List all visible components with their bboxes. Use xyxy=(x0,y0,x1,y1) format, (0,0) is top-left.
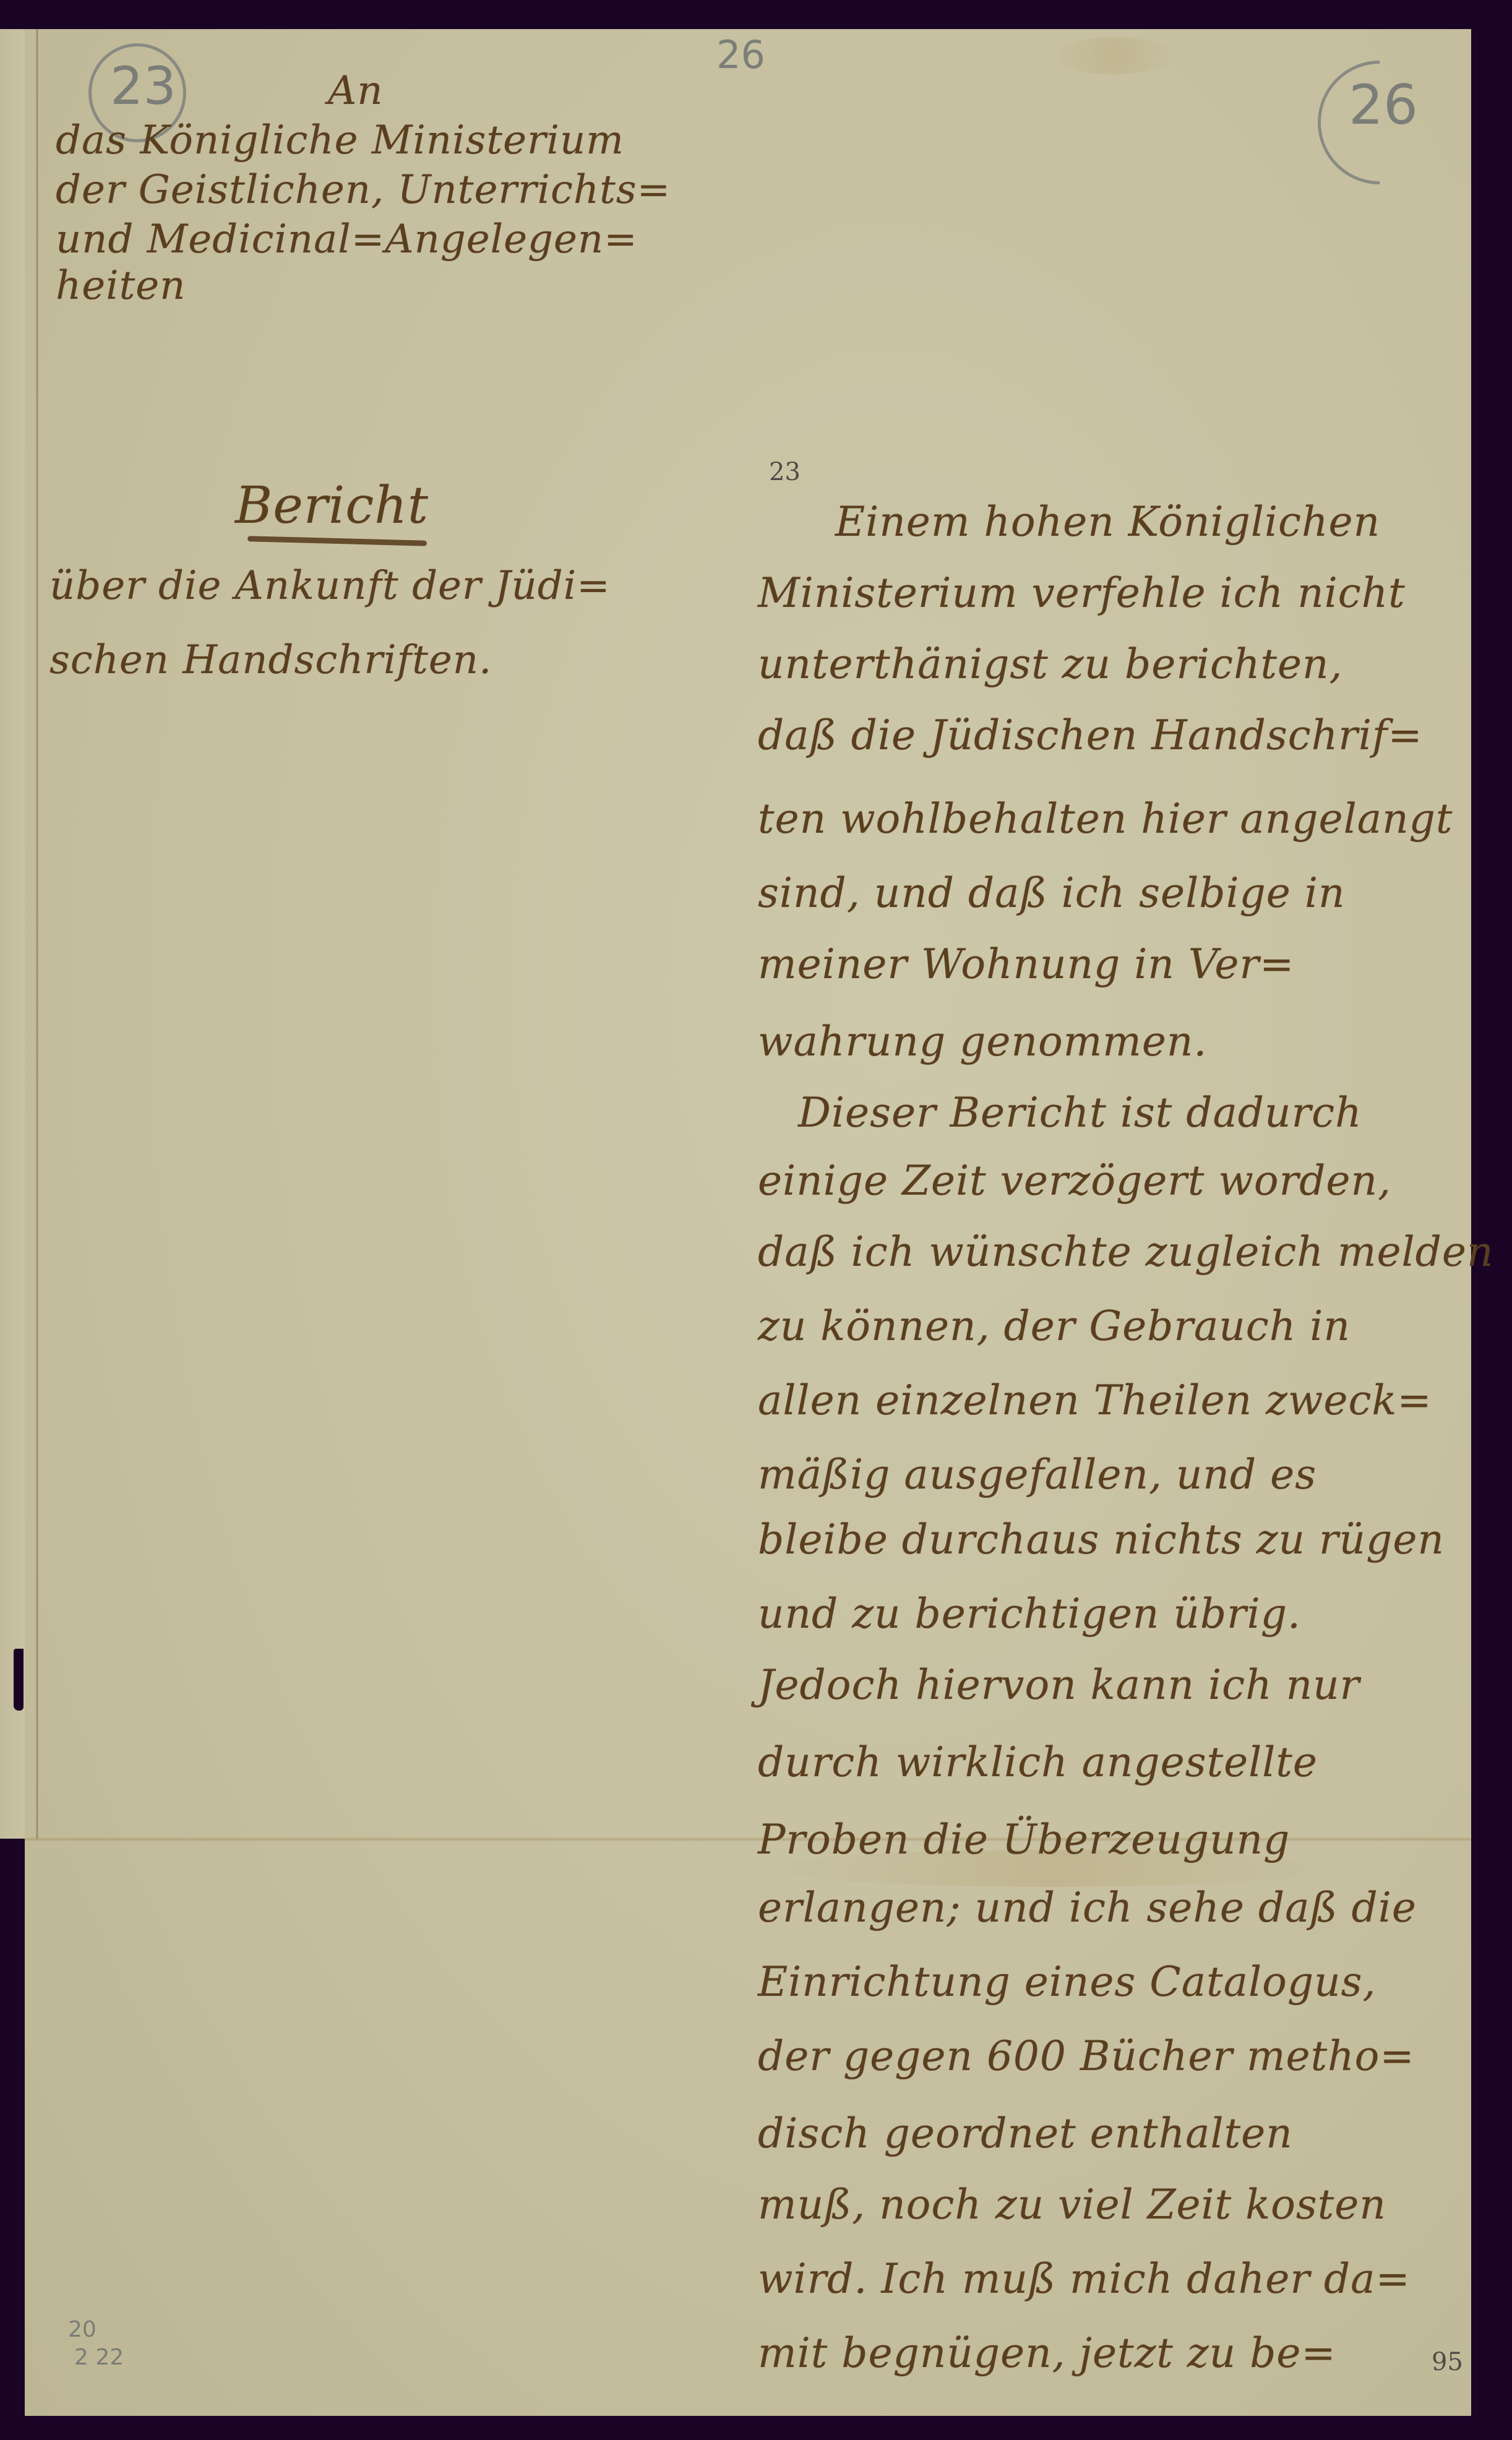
body-line: allen einzelnen Theilen zweck= xyxy=(758,1377,1432,1424)
body-line: wird. Ich muß mich daher da= xyxy=(758,2255,1411,2303)
body-line: Ministerium verfehle ich nicht xyxy=(758,569,1406,617)
body-line: disch geordnet enthalten xyxy=(758,2110,1293,2157)
body-line: durch wirklich angestellte xyxy=(758,1738,1318,1786)
body-line: sind, und daß ich selbige in xyxy=(758,869,1345,917)
subject-heading: Bericht xyxy=(235,476,429,535)
paper-stain xyxy=(1052,37,1175,74)
archive-number-top: 26 xyxy=(716,32,765,77)
pencil-note-bottom: 2 22 xyxy=(74,2345,124,2370)
folio-number: 95 xyxy=(1432,2348,1463,2376)
body-line: meiner Wohnung in Ver= xyxy=(758,940,1294,988)
address-line: heiten xyxy=(56,263,186,309)
body-line: zu können, der Gebrauch in xyxy=(758,1302,1351,1350)
body-line: daß die Jüdischen Handschrif= xyxy=(758,711,1423,759)
body-line: daß ich wünschte zugleich melden xyxy=(758,1228,1493,1276)
body-line: Einem hohen Königlichen xyxy=(835,498,1380,546)
body-line: der gegen 600 Bücher metho= xyxy=(758,2032,1415,2080)
body-line: Proben die Überzeugung xyxy=(758,1816,1290,1863)
body-line: muß, noch zu viel Zeit kosten xyxy=(758,2181,1386,2228)
body-line: bleibe durchaus nichts zu rügen xyxy=(758,1516,1445,1563)
archive-number-left: 23 xyxy=(110,56,176,116)
body-line: Einrichtung eines Catalogus, xyxy=(758,1958,1376,2006)
body-line: Jedoch hiervon kann ich nur xyxy=(758,1661,1360,1709)
body-line: mäßig ausgefallen, und es xyxy=(758,1451,1317,1498)
body-line: unterthänigst zu berichten, xyxy=(758,640,1343,688)
subject-line: schen Handschriften. xyxy=(49,637,492,683)
edge-tear xyxy=(14,1649,24,1711)
vertical-fold-crease xyxy=(36,29,38,1839)
archive-number-right: 26 xyxy=(1349,73,1418,137)
body-line: Dieser Bericht ist dadurch xyxy=(798,1089,1362,1136)
body-line: und zu berichtigen übrig. xyxy=(758,1590,1301,1638)
subject-line: über die Ankunft der Jüdi= xyxy=(49,563,611,609)
address-line: das Königliche Ministerium xyxy=(56,118,624,163)
body-line: ten wohlbehalten hier angelangt xyxy=(758,795,1453,843)
body-line: erlangen; und ich sehe daß die xyxy=(758,1884,1417,1931)
address-salutation: An xyxy=(328,68,383,114)
body-line: einige Zeit verzögert worden, xyxy=(758,1157,1391,1205)
pencil-note-top: 20 xyxy=(68,2317,97,2342)
address-line: der Geistlichen, Unterrichts= xyxy=(56,167,671,213)
body-line: mit begnügen, jetzt zu be= xyxy=(758,2329,1336,2377)
body-line: wahrung genommen. xyxy=(758,1018,1207,1065)
address-line: und Medicinal=Angelegen= xyxy=(56,217,638,262)
frame-background xyxy=(0,1839,22,2440)
binding-strip xyxy=(0,29,25,1839)
column-marker-number: 23 xyxy=(769,458,801,486)
